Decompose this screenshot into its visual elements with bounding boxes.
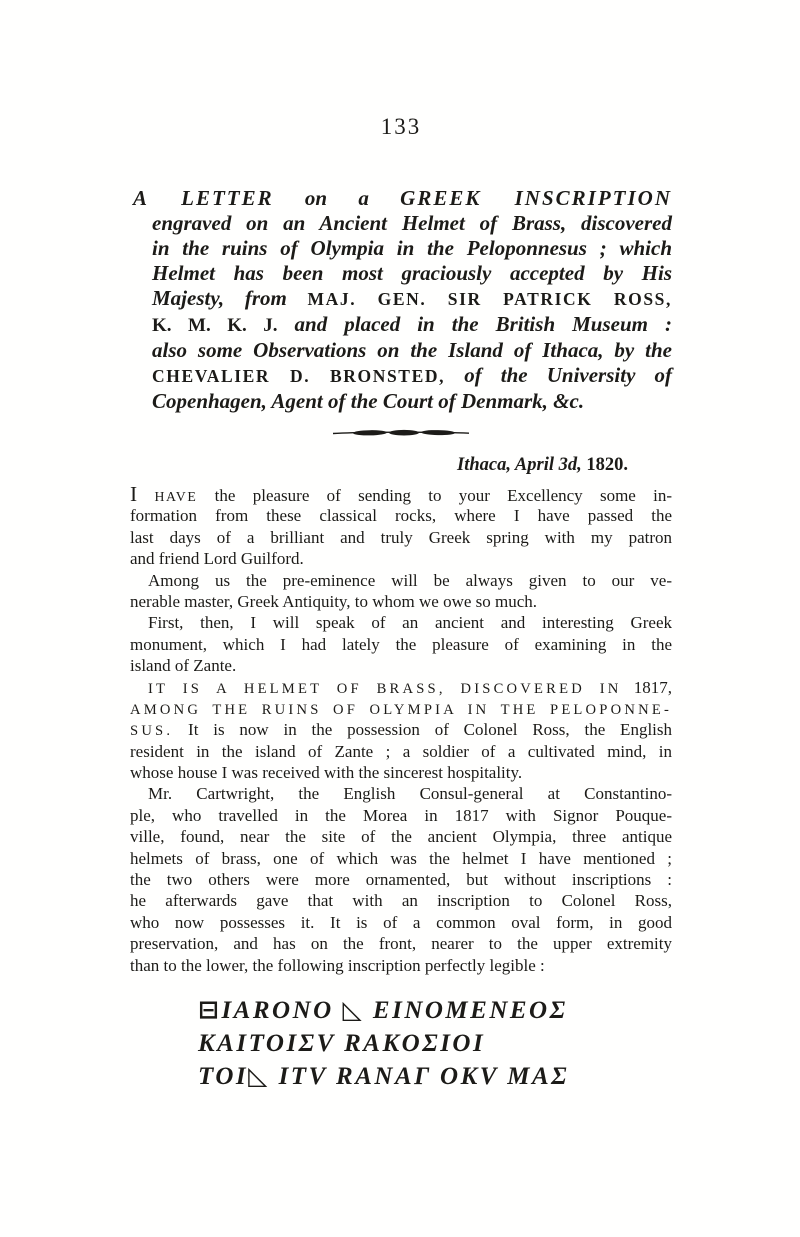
body-segment: IT IS A HELMET OF BRASS, DISCOVERED IN [148,681,622,697]
body-segment: helmets of brass, one of which was the h… [130,849,672,868]
dateline: Ithaca, April 3d, 1820. [130,455,672,476]
title-segment: Copenhagen, Agent of the Court of Denmar… [152,389,584,413]
body-text-line: monument, which I had lately the pleasur… [130,634,672,655]
body-segment: nerable master, Greek Antiquity, to whom… [130,592,537,611]
inscription-line: KAITOIΣV RAKOΣIOI [198,1027,569,1060]
body-text-line: island of Zante. [130,655,672,676]
dateline-segment: 1820. [582,455,628,475]
title-line: K. M. K. J. and placed in the British Mu… [133,312,672,338]
title-line: A LETTER on a GREEK INSCRIPTION [133,186,672,211]
title-segment: K. M. K. J. [152,315,278,336]
body-segment: the pleasure of sending to your Excellen… [197,486,672,505]
letter-body: I HAVE the pleasure of sending to your E… [130,484,672,976]
scanned-book-page: 133 A LETTER on a GREEK INSCRIPTIONengra… [0,0,800,1237]
body-text-line: last days of a brilliant and truly Greek… [130,527,672,548]
body-text-line: SUS. It is now in the possession of Colo… [130,719,672,740]
title-segment: Helmet has been most graciously accepted… [152,261,672,285]
title-line: Majesty, from MAJ. GEN. SIR PATRICK ROSS… [133,286,672,312]
title-segment: engraved on an Ancient Helmet of Brass, … [152,211,672,235]
body-text-line: I HAVE the pleasure of sending to your E… [130,484,672,505]
body-segment: monument, which I had lately the pleasur… [130,635,672,654]
body-text-line: resident in the island of Zante ; a sold… [130,741,672,762]
title-segment: A LETTER [133,186,274,210]
dateline-segment: Ithaca, April 3d, [457,455,582,475]
body-segment: and friend Lord Guilford. [130,549,304,568]
body-segment: AMONG THE RUINS OF OLYMPIA IN THE PELOPO… [130,702,672,718]
title-segment: MAJ. GEN. SIR PATRICK ROSS, [308,289,672,309]
body-text-line: Among us the pre-eminence will be always… [130,570,672,591]
body-segment: HAVE [154,489,197,504]
title-segment: on a [274,186,401,210]
body-segment [137,486,154,505]
body-text-line: AMONG THE RUINS OF OLYMPIA IN THE PELOPO… [130,698,672,719]
title-line: Copenhagen, Agent of the Court of Denmar… [133,389,672,414]
article-title: A LETTER on a GREEK INSCRIPTIONengraved … [133,186,672,414]
title-segment: Majesty, from [152,286,308,310]
title-line: also some Observations on the Island of … [133,338,672,363]
body-text-line: ple, who travelled in the Morea in 1817 … [130,805,672,826]
section-divider [130,426,672,444]
body-text-line: the two others were more ornamented, but… [130,869,672,890]
body-segment: preservation, and has on the front, near… [130,934,672,953]
body-text-line: Mr. Cartwright, the English Consul-gener… [130,783,672,804]
body-segment: It is now in the possession of Colonel R… [173,720,672,739]
title-line: engraved on an Ancient Helmet of Brass, … [133,211,672,236]
body-text-line: nerable master, Greek Antiquity, to whom… [130,591,672,612]
body-text-line: First, then, I will speak of an ancient … [130,612,672,633]
body-segment: 1817, [622,678,672,697]
title-segment: CHEVALIER D. BRONSTED, [152,366,445,386]
title-line: in the ruins of Olympia in the Peloponne… [133,236,672,261]
greek-inscription: ⊟IARONO ◺ EINOMENEOΣKAITOIΣV RAKOΣIOITOI… [198,994,569,1093]
title-segment: and placed in the British Museum : [278,312,672,336]
body-text-line: he afterwards gave that with an inscript… [130,890,672,911]
body-text-line: IT IS A HELMET OF BRASS, DISCOVERED IN 1… [130,677,672,698]
inscription-line: ⊟IARONO ◺ EINOMENEOΣ [198,994,569,1027]
body-segment: resident in the island of Zante ; a sold… [130,742,672,761]
body-segment: SUS. [130,723,173,739]
title-segment: in the ruins of Olympia in the Peloponne… [152,236,672,260]
body-text-line: formation from these classical rocks, wh… [130,505,672,526]
body-segment: ville, found, near the site of the ancie… [130,827,672,846]
title-segment: of the University of [445,363,672,387]
body-segment: First, then, I will speak of an ancient … [148,613,672,632]
body-text-line: and friend Lord Guilford. [130,548,672,569]
body-segment: than to the lower, the following inscrip… [130,956,545,975]
body-segment: Mr. Cartwright, the English Consul-gener… [148,784,672,803]
body-text-line: whose house I was received with the sinc… [130,762,672,783]
title-line: Helmet has been most graciously accepted… [133,261,672,286]
body-segment: island of Zante. [130,656,236,675]
body-segment: last days of a brilliant and truly Greek… [130,528,672,547]
body-text-line: than to the lower, the following inscrip… [130,955,672,976]
title-segment: also some Observations on the Island of … [152,338,672,362]
page-number: 133 [130,114,672,140]
body-text-line: who now possesses it. It is of a common … [130,912,672,933]
tapered-rule-ornament [331,427,471,439]
body-text-line: preservation, and has on the front, near… [130,933,672,954]
body-segment: Among us the pre-eminence will be always… [148,571,672,590]
title-segment: GREEK INSCRIPTION [400,186,672,210]
body-segment: the two others were more ornamented, but… [130,870,672,889]
inscription-line: TOI◺ ITV RANAΓ OKV MAΣ [198,1060,569,1093]
body-text-line: helmets of brass, one of which was the h… [130,848,672,869]
body-segment: formation from these classical rocks, wh… [130,506,672,525]
body-segment: whose house I was received with the sinc… [130,763,522,782]
title-line: CHEVALIER D. BRONSTED, of the University… [133,363,672,389]
body-segment: who now possesses it. It is of a common … [130,913,672,932]
body-segment: he afterwards gave that with an inscript… [130,891,672,910]
body-segment: ple, who travelled in the Morea in 1817 … [130,806,672,825]
body-text-line: ville, found, near the site of the ancie… [130,826,672,847]
